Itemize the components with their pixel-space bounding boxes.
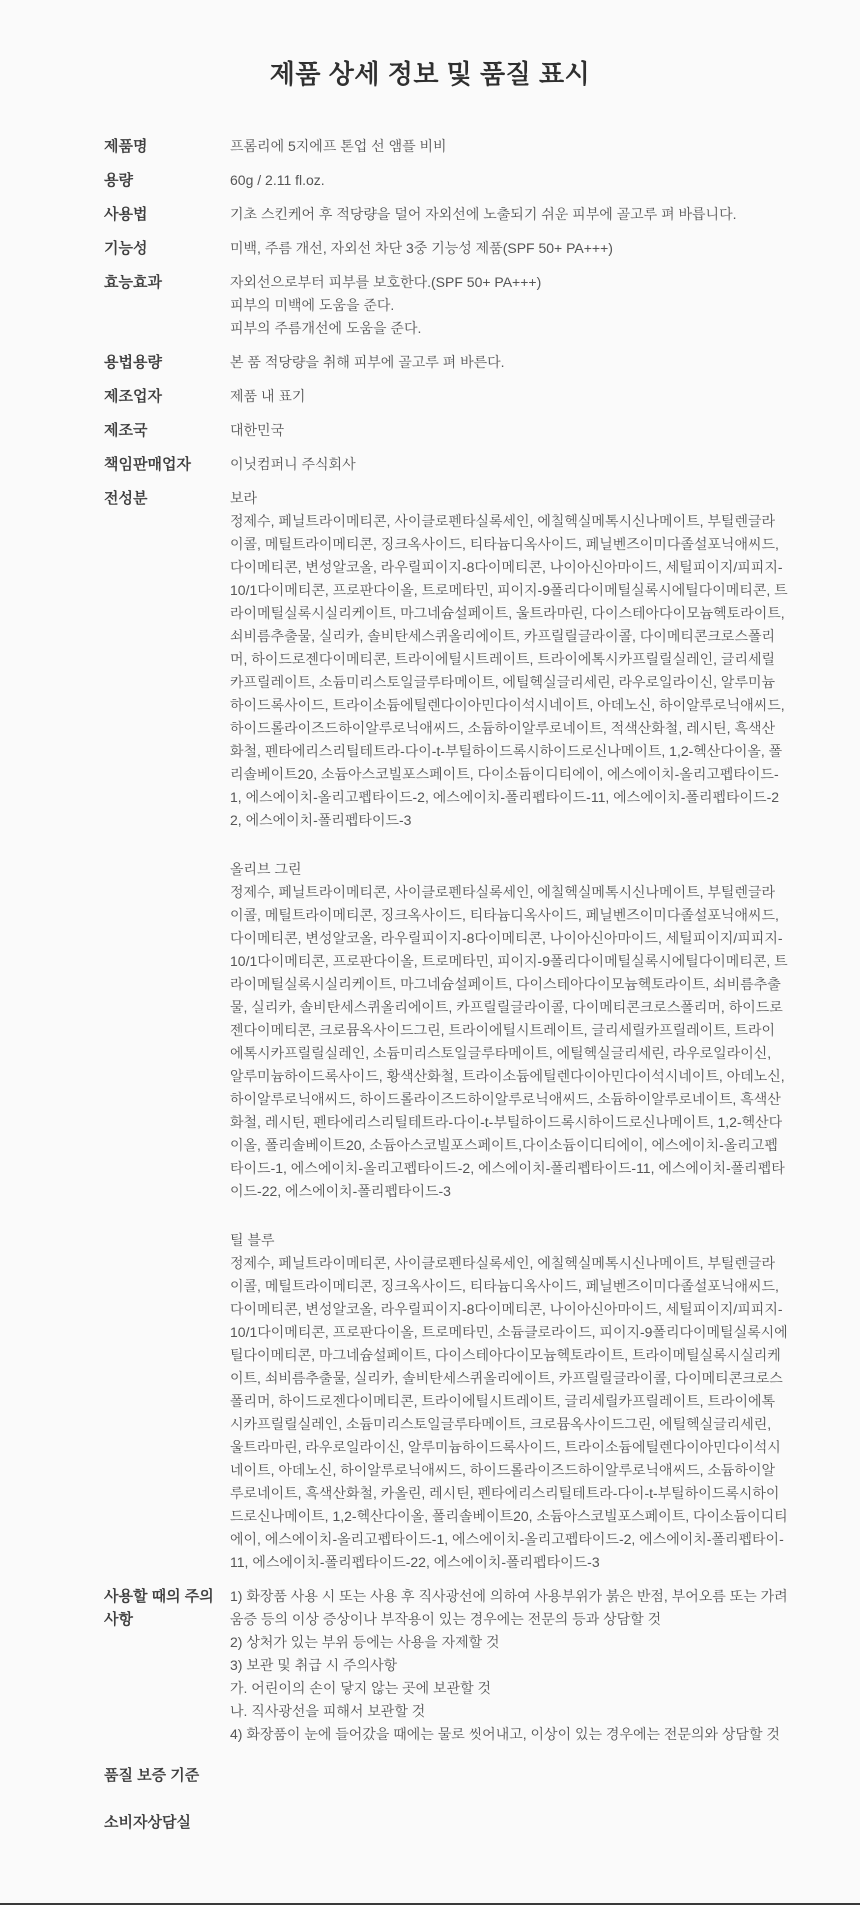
field-label-product-name: 제품명 bbox=[104, 135, 230, 158]
caution-line: 2) 상처가 있는 부위 등에는 사용을 자제할 것 bbox=[230, 1631, 788, 1654]
efficacy-line: 자외선으로부터 피부를 보호한다.(SPF 50+ PA+++) bbox=[230, 271, 788, 294]
field-label-usage: 사용법 bbox=[104, 203, 230, 226]
row-product-name: 제품명 프롬리에 5지에프 톤업 선 앰플 비비 bbox=[104, 135, 788, 158]
caution-line: 나. 직사광선을 피해서 보관할 것 bbox=[230, 1700, 788, 1723]
row-manufacturer: 제조업자 제품 내 표기 bbox=[104, 385, 788, 408]
field-value-dosage: 본 품 적당량을 취해 피부에 골고루 펴 바른다. bbox=[230, 351, 788, 374]
field-label-dosage: 용법용량 bbox=[104, 351, 230, 374]
field-label-functionality: 기능성 bbox=[104, 237, 230, 260]
variant-name: 틸 블루 bbox=[230, 1229, 788, 1252]
field-label-consumer-center: 소비자상담실 bbox=[104, 1811, 230, 1834]
field-value-country: 대한민국 bbox=[230, 419, 788, 442]
field-value-volume: 60g / 2.11 fl.oz. bbox=[230, 169, 788, 192]
field-label-manufacturer: 제조업자 bbox=[104, 385, 230, 408]
row-quality-standard: 품질 보증 기준 bbox=[104, 1764, 788, 1787]
field-value-seller: 이닛컴퍼니 주식회사 bbox=[230, 453, 788, 476]
field-label-caution: 사용할 때의 주의사항 bbox=[104, 1585, 230, 1746]
field-label-volume: 용량 bbox=[104, 169, 230, 192]
row-seller: 책임판매업자 이닛컴퍼니 주식회사 bbox=[104, 453, 788, 476]
row-country: 제조국 대한민국 bbox=[104, 419, 788, 442]
field-value-usage: 기초 스킨케어 후 적당량을 덜어 자외선에 노출되기 쉬운 피부에 골고루 펴… bbox=[230, 203, 788, 226]
variant-ingredient-list: 정제수, 페닐트라이메티콘, 사이클로펜타실록세인, 에칠헥실메톡시신나메이트,… bbox=[230, 1252, 788, 1574]
ingredient-variant-teal-blue: 틸 블루 정제수, 페닐트라이메티콘, 사이클로펜타실록세인, 에칠헥실메톡시신… bbox=[230, 1229, 788, 1574]
row-caution: 사용할 때의 주의사항 1) 화장품 사용 시 또는 사용 후 직사광선에 의하… bbox=[104, 1585, 788, 1746]
row-ingredients: 전성분 보라 정제수, 페닐트라이메티콘, 사이클로펜타실록세인, 에칠헥실메톡… bbox=[104, 487, 788, 1574]
field-value-consumer-center bbox=[230, 1811, 788, 1834]
field-value-efficacy: 자외선으로부터 피부를 보호한다.(SPF 50+ PA+++) 피부의 미백에… bbox=[230, 271, 788, 340]
caution-line: 3) 보관 및 취급 시 주의사항 bbox=[230, 1654, 788, 1677]
caution-line: 1) 화장품 사용 시 또는 사용 후 직사광선에 의하여 사용부위가 붉은 반… bbox=[230, 1585, 788, 1631]
field-label-country: 제조국 bbox=[104, 419, 230, 442]
field-value-caution: 1) 화장품 사용 시 또는 사용 후 직사광선에 의하여 사용부위가 붉은 반… bbox=[230, 1585, 788, 1746]
efficacy-line: 피부의 미백에 도움을 준다. bbox=[230, 294, 788, 317]
row-dosage: 용법용량 본 품 적당량을 취해 피부에 골고루 펴 바른다. bbox=[104, 351, 788, 374]
field-label-efficacy: 효능효과 bbox=[104, 271, 230, 340]
field-value-manufacturer: 제품 내 표기 bbox=[230, 385, 788, 408]
variant-name: 보라 bbox=[230, 487, 788, 510]
product-detail-page: 제품 상세 정보 및 품질 표시 제품명 프롬리에 5지에프 톤업 선 앰플 비… bbox=[0, 0, 860, 1905]
field-value-functionality: 미백, 주름 개선, 자외선 차단 3중 기능성 제품(SPF 50+ PA++… bbox=[230, 237, 788, 260]
field-value-quality-standard bbox=[230, 1764, 788, 1787]
row-consumer-center: 소비자상담실 bbox=[104, 1811, 788, 1834]
row-functionality: 기능성 미백, 주름 개선, 자외선 차단 3중 기능성 제품(SPF 50+ … bbox=[104, 237, 788, 260]
variant-name: 올리브 그린 bbox=[230, 858, 788, 881]
efficacy-line: 피부의 주름개선에 도움을 준다. bbox=[230, 317, 788, 340]
field-label-quality-standard: 품질 보증 기준 bbox=[104, 1764, 230, 1787]
caution-line: 4) 화장품이 눈에 들어갔을 때에는 물로 씻어내고, 이상이 있는 경우에는… bbox=[230, 1723, 788, 1746]
row-efficacy: 효능효과 자외선으로부터 피부를 보호한다.(SPF 50+ PA+++) 피부… bbox=[104, 271, 788, 340]
caution-line: 가. 어린이의 손이 닿지 않는 곳에 보관할 것 bbox=[230, 1677, 788, 1700]
field-label-seller: 책임판매업자 bbox=[104, 453, 230, 476]
variant-ingredient-list: 정제수, 페닐트라이메티콘, 사이클로펜타실록세인, 에칠헥실메톡시신나메이트,… bbox=[230, 510, 788, 832]
field-value-product-name: 프롬리에 5지에프 톤업 선 앰플 비비 bbox=[230, 135, 788, 158]
field-value-ingredients: 보라 정제수, 페닐트라이메티콘, 사이클로펜타실록세인, 에칠헥실메톡시신나메… bbox=[230, 487, 788, 1574]
row-volume: 용량 60g / 2.11 fl.oz. bbox=[104, 169, 788, 192]
field-label-ingredients: 전성분 bbox=[104, 487, 230, 1574]
ingredient-variant-olive-green: 올리브 그린 정제수, 페닐트라이메티콘, 사이클로펜타실록세인, 에칠헥실메톡… bbox=[230, 858, 788, 1203]
page-title: 제품 상세 정보 및 품질 표시 bbox=[72, 54, 788, 91]
variant-ingredient-list: 정제수, 페닐트라이메티콘, 사이클로펜타실록세인, 에칠헥실메톡시신나메이트,… bbox=[230, 881, 788, 1203]
ingredient-variant-purple: 보라 정제수, 페닐트라이메티콘, 사이클로펜타실록세인, 에칠헥실메톡시신나메… bbox=[230, 487, 788, 832]
row-usage: 사용법 기초 스킨케어 후 적당량을 덜어 자외선에 노출되기 쉬운 피부에 골… bbox=[104, 203, 788, 226]
